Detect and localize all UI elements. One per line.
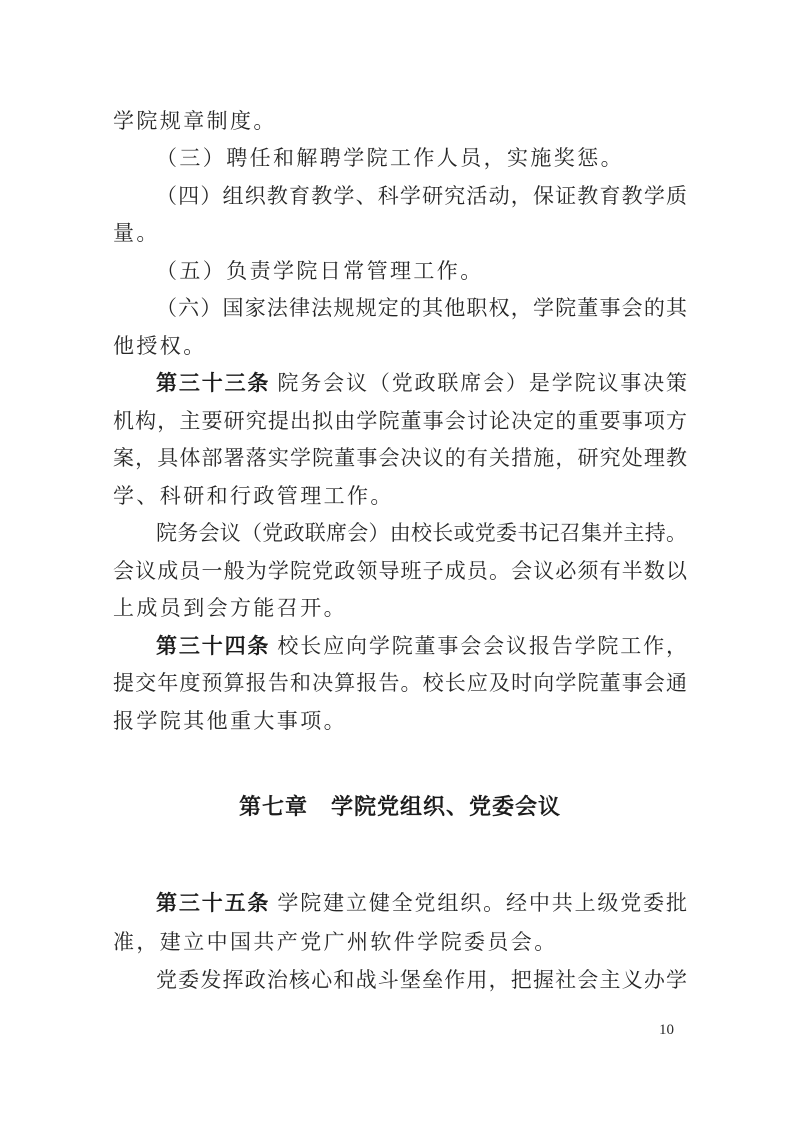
text-line: （五）负责学院日常管理工作。: [113, 256, 687, 286]
text-line: 量。: [113, 218, 687, 248]
text-line: 机构，主要研究提出拟由学院董事会讨论决定的重要事项方: [113, 406, 687, 436]
text-line: 学院规章制度。: [113, 106, 687, 136]
text-line: 第三十四条 校长应向学院董事会会议报告学院工作，: [113, 631, 687, 661]
article-number: 第三十五条: [156, 891, 270, 915]
article-number: 第三十四条: [156, 634, 270, 658]
document-page: 学院规章制度。 （三）聘任和解聘学院工作人员，实施奖惩。 （四）组织教育教学、科…: [0, 0, 792, 1122]
text-line: （三）聘任和解聘学院工作人员，实施奖惩。: [113, 143, 687, 173]
text-line: 上成员到会方能召开。: [113, 593, 687, 623]
article-text: 校长应向学院董事会会议报告学院工作，: [270, 634, 687, 658]
text-line: （四）组织教育教学、科学研究活动，保证教育教学质: [113, 181, 687, 211]
chapter-heading: 第七章 学院党组织、党委会议: [113, 791, 687, 823]
text-line: 第三十三条 院务会议（党政联席会）是学院议事决策: [113, 368, 687, 398]
text-line: 第三十五条 学院建立健全党组织。经中共上级党委批: [113, 888, 687, 918]
article-number: 第三十三条: [156, 371, 270, 395]
text-line: 学、科研和行政管理工作。: [113, 481, 687, 511]
text-line: 报学院其他重大事项。: [113, 706, 687, 736]
text-line: 院务会议（党政联席会）由校长或党委书记召集并主持。: [113, 518, 687, 548]
article-text: 学院建立健全党组织。经中共上级党委批: [270, 891, 687, 915]
article-text: 院务会议（党政联席会）是学院议事决策: [270, 371, 687, 395]
page-number: 10: [113, 1022, 674, 1039]
text-line: 提交年度预算报告和决算报告。校长应及时向学院董事会通: [113, 668, 687, 698]
text-line: 会议成员一般为学院党政领导班子成员。会议必须有半数以: [113, 556, 687, 586]
text-line: 准，建立中国共产党广州软件学院委员会。: [113, 927, 687, 957]
text-line: 党委发挥政治核心和战斗堡垒作用，把握社会主义办学: [113, 965, 687, 995]
text-line: 案，具体部署落实学院董事会决议的有关措施，研究处理教: [113, 443, 687, 473]
text-line: 他授权。: [113, 331, 687, 361]
text-line: （六）国家法律法规规定的其他职权，学院董事会的其: [113, 293, 687, 323]
